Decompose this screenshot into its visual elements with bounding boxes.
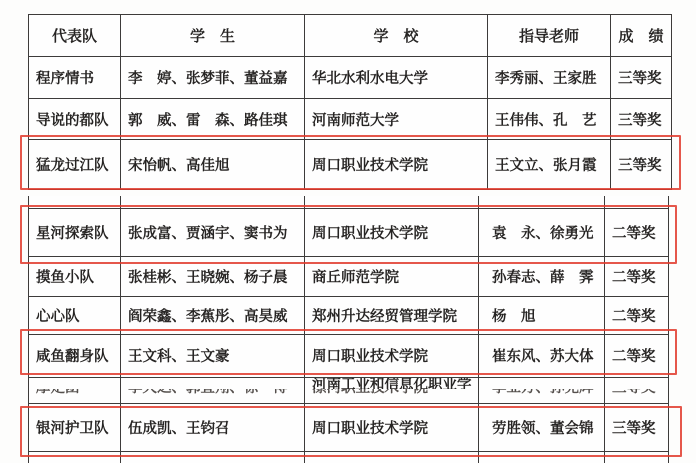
cell-teachers: 崔东风、苏大体 [479, 334, 605, 377]
document-page: 代表队 学 生 学 校 指导老师 成 绩 程序情书 李 婷、张梦菲、董益嘉 华北… [0, 0, 696, 463]
cell-students: 宋怡帆、高佳旭 [121, 140, 305, 190]
results-table-section-2: 星河探索队 张成富、贾涵宇、窦书为 周口职业技术学院 袁 永、徐勇光 二等奖 摸… [28, 196, 669, 393]
cell-students: 张桂彬、王晓婉、杨子晨 [121, 256, 305, 296]
table-row: 摸鱼小队 张桂彬、王晓婉、杨子晨 商丘师范学院 孙春志、薛 霁 二等奖 [29, 256, 669, 296]
cell-team: 程序情书 [29, 57, 121, 99]
cell-students [121, 196, 305, 208]
cell-award: 二等奖 [605, 296, 669, 334]
cell-school [305, 196, 479, 208]
cell-team: 心心队 [29, 296, 121, 334]
cell-teachers: 李亚方、孙克辉 [479, 389, 605, 403]
column-header-teachers: 指导老师 [488, 15, 611, 57]
cell-teachers [479, 451, 605, 463]
table-row-highlighted: 猛龙过江队 宋怡帆、高佳旭 周口职业技术学院 王文立、张月霞 三等奖 [29, 140, 672, 190]
cell-award [605, 451, 669, 463]
cell-school [305, 451, 479, 463]
cell-students: 郭 威、雷 森、路佳琪 [121, 99, 305, 140]
cell-school: 华北水利水电大学 [305, 57, 488, 99]
cell-school: 漯河职业技术学院 [305, 389, 479, 403]
cell-team: 导说的都队 [29, 99, 121, 140]
cell-team [29, 451, 121, 463]
table-row-highlighted: 星河探索队 张成富、贾涵宇、窦书为 周口职业技术学院 袁 永、徐勇光 二等奖 [29, 208, 669, 256]
cell-award: 三等奖 [611, 140, 672, 190]
column-header-award: 成 绩 [611, 15, 672, 57]
cell-team: 星河探索队 [29, 208, 121, 256]
results-table-section-1: 代表队 学 生 学 校 指导老师 成 绩 程序情书 李 婷、张梦菲、董益嘉 华北… [28, 14, 672, 190]
column-header-school: 学 校 [305, 15, 488, 57]
cell-school: 商丘师范学院 [305, 256, 479, 296]
cell-students: 李天达、郭宜翔、徐 博 [121, 389, 305, 403]
table-row-clipped: 摩足团 李天达、郭宜翔、徐 博 漯河职业技术学院 李亚方、孙克辉 三等奖 [29, 389, 669, 403]
cell-award: 二等奖 [605, 334, 669, 377]
column-header-team: 代表队 [29, 15, 121, 57]
cell-students: 阎荣鑫、李蕉彤、高昊威 [121, 296, 305, 334]
cell-award [605, 196, 669, 208]
table-header-row: 代表队 学 生 学 校 指导老师 成 绩 [29, 15, 672, 57]
table-row: 导说的都队 郭 威、雷 森、路佳琪 河南师范大学 王伟伟、孔 艺 三等奖 [29, 99, 672, 140]
cell-team: 摸鱼小队 [29, 256, 121, 296]
cell-school: 周口职业技术学院 [305, 208, 479, 256]
cell-award: 二等奖 [605, 256, 669, 296]
cell-award: 三等奖 [611, 57, 672, 99]
cell-award: 三等奖 [605, 389, 669, 403]
cell-school: 河南师范大学 [305, 99, 488, 140]
cell-teachers: 劳胜领、董会锦 [479, 403, 605, 451]
column-header-students: 学 生 [121, 15, 305, 57]
cell-teachers: 王伟伟、孔 艺 [488, 99, 611, 140]
cell-school: 周口职业技术学院 [305, 403, 479, 451]
cell-students: 王文科、王文豪 [121, 334, 305, 377]
cell-team: 银河护卫队 [29, 403, 121, 451]
cell-award: 三等奖 [605, 403, 669, 451]
cell-students: 伍成凯、王钧召 [121, 403, 305, 451]
cell-school: 郑州升达经贸管理学院 [305, 296, 479, 334]
cell-students: 张成富、贾涵宇、窦书为 [121, 208, 305, 256]
cell-school: 周口职业技术学院 [305, 334, 479, 377]
table-row-highlighted: 银河护卫队 伍成凯、王钧召 周口职业技术学院 劳胜领、董会锦 三等奖 [29, 403, 669, 451]
cell-team: 摩足团 [29, 389, 121, 403]
cell-school: 周口职业技术学院 [305, 140, 488, 190]
cell-teachers: 王文立、张月霞 [488, 140, 611, 190]
cell-team: 咸鱼翻身队 [29, 334, 121, 377]
table-row-clipped [29, 196, 669, 208]
cell-teachers: 杨 旭 [479, 296, 605, 334]
cell-teachers: 李秀丽、王家胜 [488, 57, 611, 99]
cell-teachers [479, 196, 605, 208]
table-row-clipped [29, 451, 669, 463]
cell-team [29, 196, 121, 208]
cell-students [121, 451, 305, 463]
cell-team: 猛龙过江队 [29, 140, 121, 190]
results-table-section-3: 摩足团 李天达、郭宜翔、徐 博 漯河职业技术学院 李亚方、孙克辉 三等奖 银河护… [28, 389, 669, 463]
cell-students: 李 婷、张梦菲、董益嘉 [121, 57, 305, 99]
table-row: 程序情书 李 婷、张梦菲、董益嘉 华北水利水电大学 李秀丽、王家胜 三等奖 [29, 57, 672, 99]
table-row-highlighted: 咸鱼翻身队 王文科、王文豪 周口职业技术学院 崔东风、苏大体 二等奖 [29, 334, 669, 377]
cell-teachers: 孙春志、薛 霁 [479, 256, 605, 296]
cell-award: 三等奖 [611, 99, 672, 140]
table-row: 心心队 阎荣鑫、李蕉彤、高昊威 郑州升达经贸管理学院 杨 旭 二等奖 [29, 296, 669, 334]
cell-teachers: 袁 永、徐勇光 [479, 208, 605, 256]
cell-award: 二等奖 [605, 208, 669, 256]
